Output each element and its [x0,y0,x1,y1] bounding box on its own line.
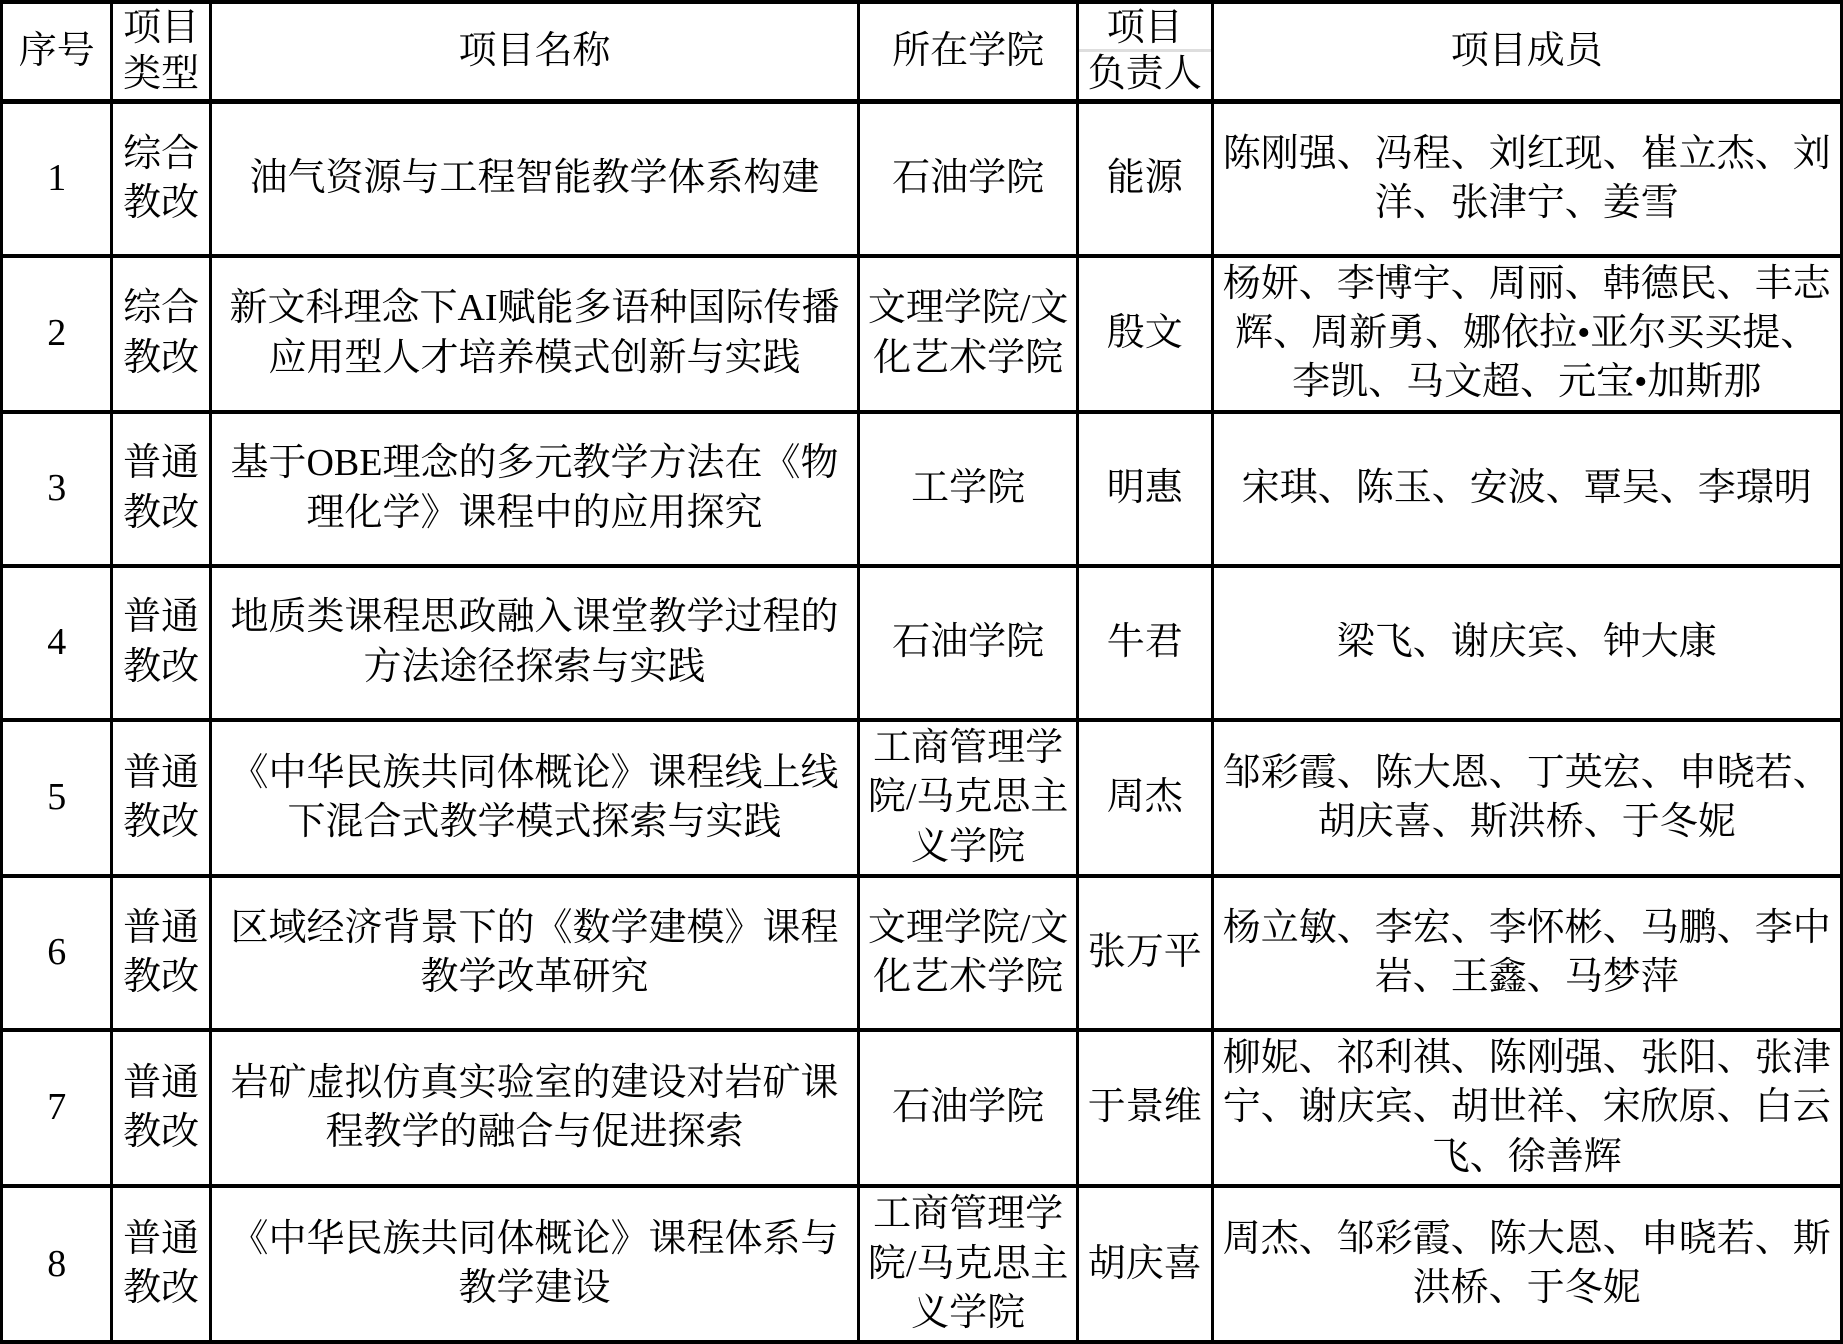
column-header-college: 所在学院 [859,2,1078,102]
cell-project-members: 周杰、邹彩霞、陈大恩、申晓若、斯洪桥、于冬妮 [1212,1186,1841,1342]
table-row: 2 综合教改 新文科理念下AI赋能多语种国际传播应用型人才培养模式创新与实践 文… [2,256,1842,412]
table-row: 7 普通教改 岩矿虚拟仿真实验室的建设对岩矿课程教学的融合与促进探索 石油学院 … [2,1030,1842,1186]
cell-project-type: 综合教改 [112,102,210,256]
cell-college: 文理学院/文化艺术学院 [859,876,1078,1030]
cell-project-members: 柳妮、祁利祺、陈刚强、张阳、张津宁、谢庆宾、胡世祥、宋欣原、白云飞、徐善辉 [1212,1030,1841,1186]
cell-serial-number: 7 [2,1030,112,1186]
table-row: 8 普通教改 《中华民族共同体概论》课程体系与教学建设 工商管理学院/马克思主义… [2,1186,1842,1342]
cell-project-members: 杨立敏、李宏、李怀彬、马鹏、李中岩、王鑫、马梦萍 [1212,876,1841,1030]
cell-college: 石油学院 [859,566,1078,720]
cell-project-members: 陈刚强、冯程、刘红现、崔立杰、刘洋、张津宁、姜雪 [1212,102,1841,256]
cell-project-name: 新文科理念下AI赋能多语种国际传播应用型人才培养模式创新与实践 [210,256,858,412]
cell-project-type: 综合教改 [112,256,210,412]
cell-project-leader: 殷文 [1078,256,1213,412]
cell-college: 工商管理学院/马克思主义学院 [859,1186,1078,1342]
cell-project-leader: 张万平 [1078,876,1213,1030]
cell-serial-number: 2 [2,256,112,412]
cell-project-name: 岩矿虚拟仿真实验室的建设对岩矿课程教学的融合与促进探索 [210,1030,858,1186]
cell-project-members: 邹彩霞、陈大恩、丁英宏、申晓若、胡庆喜、斯洪桥、于冬妮 [1212,720,1841,876]
table-row: 3 普通教改 基于OBE理念的多元教学方法在《物理化学》课程中的应用探究 工学院… [2,412,1842,566]
cell-college: 石油学院 [859,1030,1078,1186]
cell-project-name: 《中华民族共同体概论》课程线上线下混合式教学模式探索与实践 [210,720,858,876]
cell-serial-number: 5 [2,720,112,876]
cell-college: 工商管理学院/马克思主义学院 [859,720,1078,876]
cell-serial-number: 1 [2,102,112,256]
cell-project-leader: 牛君 [1078,566,1213,720]
table-body: 1 综合教改 油气资源与工程智能教学体系构建 石油学院 能源 陈刚强、冯程、刘红… [2,102,1842,1343]
header-row: 序号 项目 类型 项目名称 所在学院 项目 负责人 项目成员 [2,2,1842,102]
table-row: 5 普通教改 《中华民族共同体概论》课程线上线下混合式教学模式探索与实践 工商管… [2,720,1842,876]
cell-project-leader: 能源 [1078,102,1213,256]
cell-project-type: 普通教改 [112,876,210,1030]
column-header-members: 项目成员 [1212,2,1841,102]
table-row: 1 综合教改 油气资源与工程智能教学体系构建 石油学院 能源 陈刚强、冯程、刘红… [2,102,1842,256]
cell-project-type: 普通教改 [112,720,210,876]
cell-project-name: 油气资源与工程智能教学体系构建 [210,102,858,256]
cell-serial-number: 4 [2,566,112,720]
column-header-name: 项目名称 [210,2,858,102]
cell-project-name: 《中华民族共同体概论》课程体系与教学建设 [210,1186,858,1342]
cell-project-members: 宋琪、陈玉、安波、覃吴、李璟明 [1212,412,1841,566]
table-row: 6 普通教改 区域经济背景下的《数学建模》课程教学改革研究 文理学院/文化艺术学… [2,876,1842,1030]
projects-table: 序号 项目 类型 项目名称 所在学院 项目 负责人 项目成员 1 综合教改 油气… [0,0,1843,1344]
column-header-leader: 项目 负责人 [1078,2,1213,102]
cell-project-name: 区域经济背景下的《数学建模》课程教学改革研究 [210,876,858,1030]
cell-project-type: 普通教改 [112,1186,210,1342]
cell-project-members: 梁飞、谢庆宾、钟大康 [1212,566,1841,720]
column-header-no: 序号 [2,2,112,102]
table-row: 4 普通教改 地质类课程思政融入课堂教学过程的方法途径探索与实践 石油学院 牛君… [2,566,1842,720]
cell-project-type: 普通教改 [112,412,210,566]
cell-serial-number: 8 [2,1186,112,1342]
cell-college: 石油学院 [859,102,1078,256]
cell-project-type: 普通教改 [112,566,210,720]
cell-project-type: 普通教改 [112,1030,210,1186]
cell-project-leader: 胡庆喜 [1078,1186,1213,1342]
cell-college: 文理学院/文化艺术学院 [859,256,1078,412]
cell-college: 工学院 [859,412,1078,566]
cell-project-name: 基于OBE理念的多元教学方法在《物理化学》课程中的应用探究 [210,412,858,566]
cell-project-leader: 于景维 [1078,1030,1213,1186]
cell-project-members: 杨妍、李博宇、周丽、韩德民、丰志辉、周新勇、娜依拉•亚尔买买提、李凯、马文超、元… [1212,256,1841,412]
document-page: 序号 项目 类型 项目名称 所在学院 项目 负责人 项目成员 1 综合教改 油气… [0,0,1843,1333]
cell-project-name: 地质类课程思政融入课堂教学过程的方法途径探索与实践 [210,566,858,720]
column-header-type: 项目 类型 [112,2,210,102]
cell-serial-number: 6 [2,876,112,1030]
cell-project-leader: 周杰 [1078,720,1213,876]
cell-serial-number: 3 [2,412,112,566]
cell-project-leader: 明惠 [1078,412,1213,566]
